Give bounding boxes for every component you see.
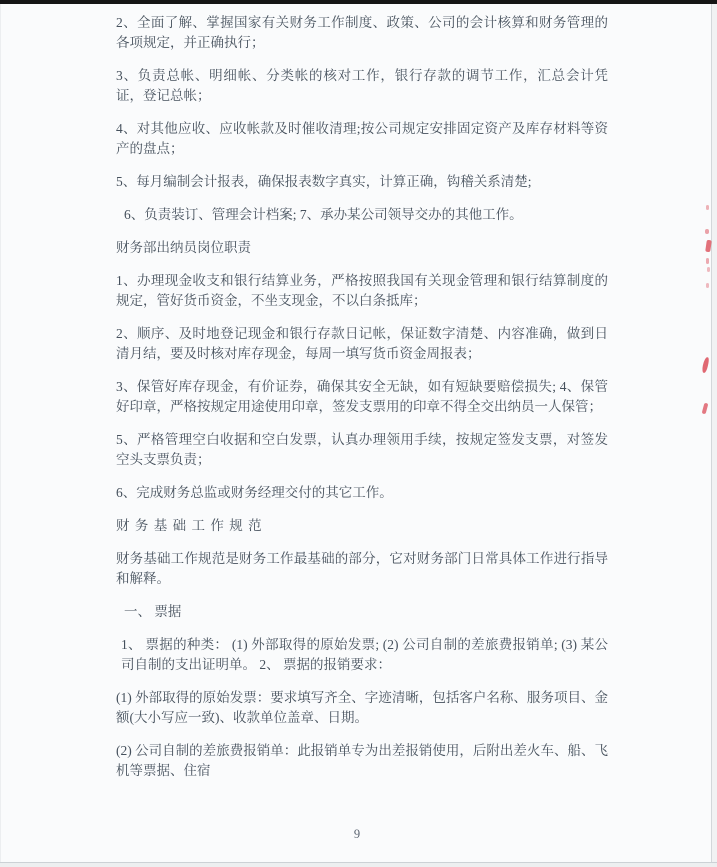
document-paragraph: 财务基础工作规范是财务工作最基础的部分，它对财务部门日常具体工作进行指导和解释。 (116, 549, 608, 589)
red-ink-mark (706, 283, 709, 288)
document-paragraph: 6、负责装订、管理会计档案; 7、承办某公司领导交办的其他工作。 (116, 205, 608, 225)
document-paragraph: 5、每月编制会计报表，确保报表数字真实，计算正确，钩稽关系清楚; (116, 172, 608, 192)
document-content: 2、全面了解、掌握国家有关财务工作制度、政策、公司的会计核算和财务管理的各项规定… (116, 13, 608, 794)
scan-bottom-edge (0, 862, 717, 867)
document-paragraph: 3、保管好库存现金，有价证券，确保其安全无缺，如有短缺要赔偿损失; 4、保管好印… (116, 377, 608, 417)
page-number: 9 (1, 827, 713, 842)
document-paragraph: (2) 公司自制的差旅费报销单：此报销单专为出差报销使用，后附出差火车、船、飞机… (116, 741, 608, 781)
red-ink-mark (706, 205, 709, 210)
document-paragraph: 5、严格管理空白收据和空白发票，认真办理领用手续，按规定签发支票，对签发空头支票… (116, 430, 608, 470)
section-heading-cashier-duties: 财务部出纳员岗位职责 (116, 238, 608, 258)
scanned-document-page: 2、全面了解、掌握国家有关财务工作制度、政策、公司的会计核算和财务管理的各项规定… (0, 0, 712, 862)
document-paragraph: 1、 票据的种类： (1) 外部取得的原始发票; (2) 公司自制的差旅费报销单… (116, 635, 608, 675)
document-paragraph: 4、对其他应收、应收帐款及时催收清理;按公司规定安排固定资产及库存材料等资产的盘… (116, 119, 608, 159)
scan-top-edge (0, 0, 717, 4)
red-ink-mark (707, 267, 710, 272)
document-paragraph: (1) 外部取得的原始发票：要求填写齐全、字迹清晰，包括客户名称、服务项目、金额… (116, 688, 608, 728)
red-ink-mark (701, 357, 709, 374)
red-ink-mark (702, 403, 709, 415)
subsection-heading-tickets: 一、 票据 (116, 602, 608, 622)
document-paragraph: 2、全面了解、掌握国家有关财务工作制度、政策、公司的会计核算和财务管理的各项规定… (116, 13, 608, 53)
red-ink-mark (705, 229, 709, 234)
document-paragraph: 3、负责总帐、明细帐、分类帐的核对工作，银行存款的调节工作，汇总会计凭证，登记总… (116, 66, 608, 106)
document-paragraph: 1、办理现金收支和银行结算业务，严格按照我国有关现金管理和银行结算制度的规定，管… (116, 271, 608, 311)
red-ink-mark (705, 240, 712, 253)
document-paragraph: 2、顺序、及时地登记现金和银行存款日记帐，保证数字清楚、内容准确，做到日清月结，… (116, 324, 608, 364)
section-heading-finance-basics: 财 务 基 础 工 作 规 范 (116, 516, 608, 536)
document-paragraph: 6、完成财务总监或财务经理交付的其它工作。 (116, 483, 608, 503)
red-ink-mark (706, 258, 709, 264)
